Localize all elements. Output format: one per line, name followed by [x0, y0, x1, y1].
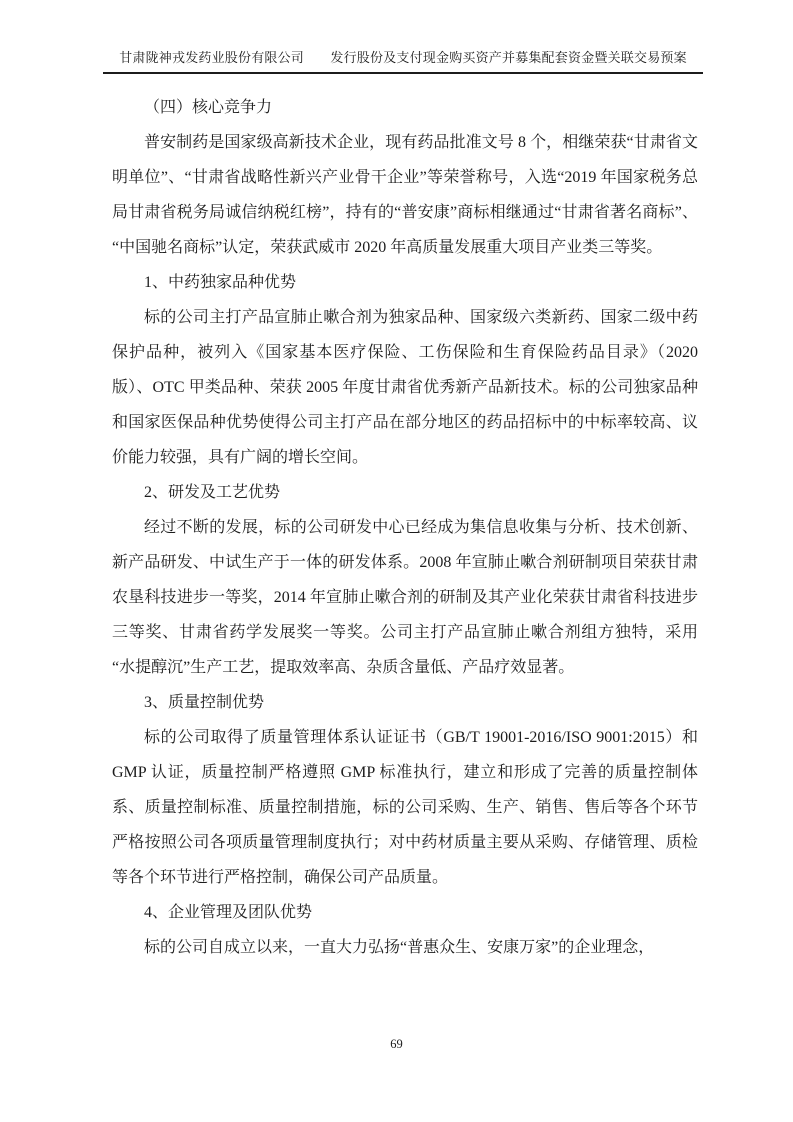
section-heading-core-competitiveness: （四）核心竞争力	[112, 90, 698, 125]
subsection-heading-1: 1、中药独家品种优势	[112, 265, 698, 300]
subsection-heading-3: 3、质量控制优势	[112, 685, 698, 720]
page-header: 甘肃陇神戎发药业股份有限公司 发行股份及支付现金购买资产并募集配套资金暨关联交易…	[103, 49, 703, 74]
paragraph-exclusive-variety: 标的公司主打产品宣肺止嗽合剂为独家品种、国家级六类新药、国家二级中药保护品种，被…	[112, 300, 698, 475]
paragraph-quality-control: 标的公司取得了质量管理体系认证证书（GB/T 19001-2016/ISO 90…	[112, 720, 698, 895]
subsection-heading-4: 4、企业管理及团队优势	[112, 895, 698, 930]
document-body: （四）核心竞争力 普安制药是国家级高新技术企业，现有药品批准文号 8 个，相继荣…	[112, 90, 698, 965]
paragraph-overview: 普安制药是国家级高新技术企业，现有药品批准文号 8 个，相继荣获“甘肃省文明单位…	[112, 125, 698, 265]
document-page: 甘肃陇神戎发药业股份有限公司 发行股份及支付现金购买资产并募集配套资金暨关联交易…	[0, 0, 793, 1122]
page-footer: 69	[0, 1036, 793, 1052]
page-number: 69	[390, 1037, 403, 1051]
header-title: 甘肃陇神戎发药业股份有限公司 发行股份及支付现金购买资产并募集配套资金暨关联交易…	[119, 50, 687, 65]
paragraph-rd-process: 经过不断的发展，标的公司研发中心已经成为集信息收集与分析、技术创新、新产品研发、…	[112, 510, 698, 685]
paragraph-management-team: 标的公司自成立以来，一直大力弘扬“普惠众生、安康万家”的企业理念，	[112, 930, 698, 965]
subsection-heading-2: 2、研发及工艺优势	[112, 475, 698, 510]
